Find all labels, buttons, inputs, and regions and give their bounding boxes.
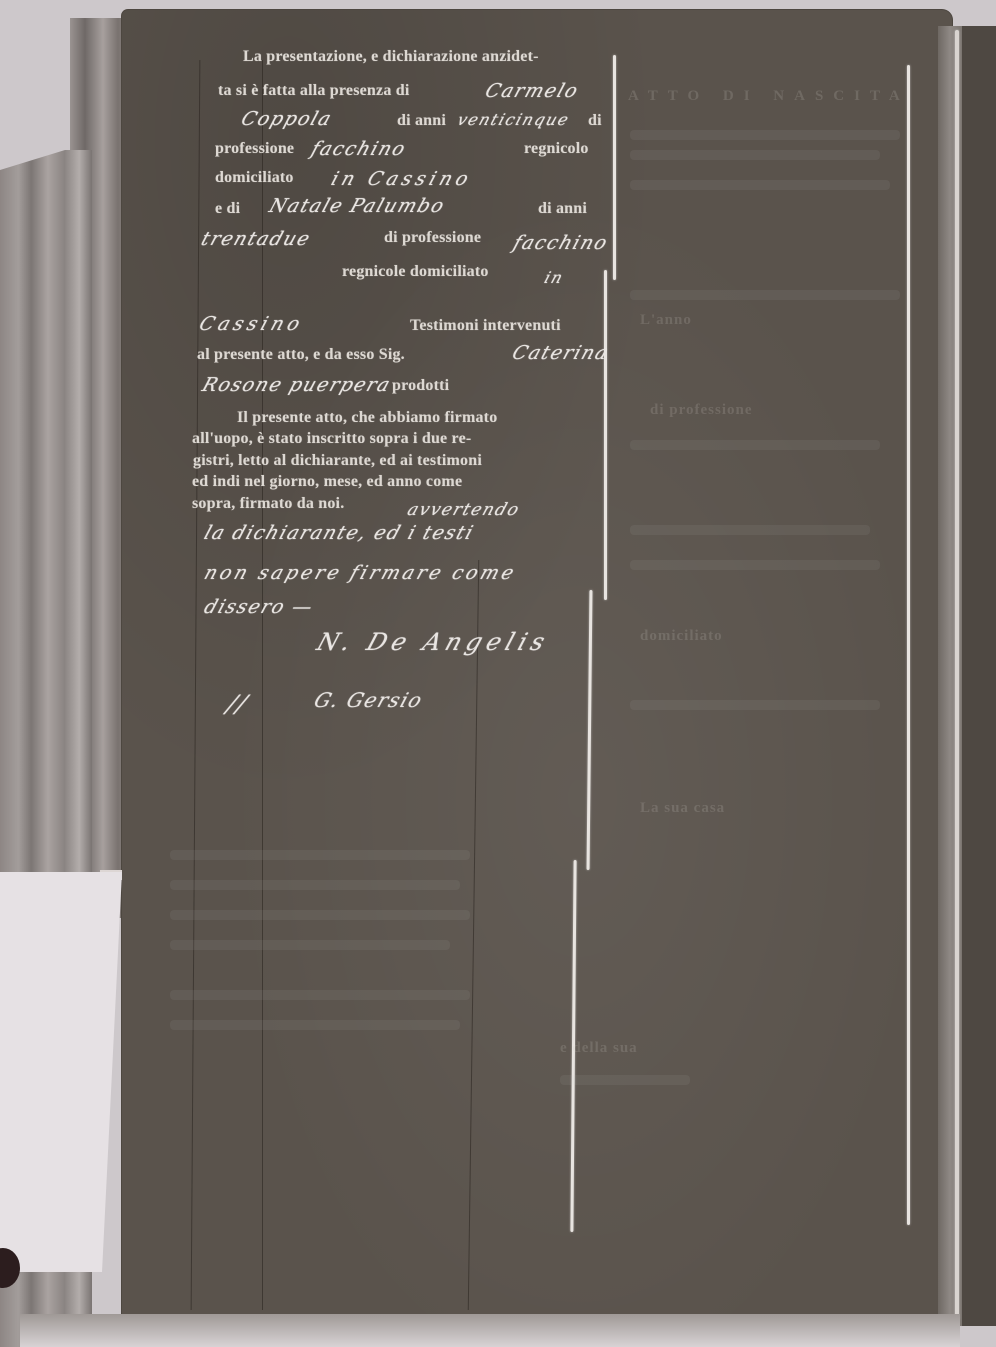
- ghost-line-label: domiciliato: [640, 628, 723, 645]
- ghost-line: [170, 990, 470, 1000]
- handwritten-note-line-4: dissero —: [201, 596, 316, 618]
- ghost-line: [630, 180, 890, 190]
- ghost-line: [170, 910, 470, 920]
- printed-domiciliato-2: regnicole domiciliato: [342, 264, 489, 280]
- ghost-line: [630, 440, 880, 450]
- ghost-line: [170, 880, 460, 890]
- handwritten-witness1-surname: Coppola: [238, 108, 335, 130]
- printed-domiciliato: domiciliato: [215, 170, 294, 186]
- handwritten-witness1-first-name: Carmelo: [482, 80, 581, 102]
- handwritten-note-line-1: avvertendo: [405, 500, 523, 520]
- printed-present-act: al presente atto, e da esso Sig.: [197, 347, 405, 363]
- printed-prodotti: prodotti: [392, 378, 449, 394]
- ghost-line: [630, 560, 880, 570]
- handwritten-witness2-residence: Cassino: [196, 313, 306, 335]
- adjacent-page: [962, 26, 996, 1326]
- printed-closing-4: ed indi nel giorno, mese, ed anno come: [192, 474, 462, 490]
- printed-e-di: e di: [215, 201, 240, 217]
- ghost-heading: ATTO DI NASCITA: [628, 88, 910, 105]
- ghost-line: [170, 1020, 460, 1030]
- ghost-line: [630, 290, 900, 300]
- page-bottom-edge: [20, 1314, 960, 1347]
- handwritten-witness1-residence: in Cassino: [328, 168, 475, 190]
- ghost-line: [170, 850, 470, 860]
- handwritten-witness1-profession: facchino: [308, 138, 409, 160]
- signature-witness: G. Gersio: [311, 688, 426, 712]
- ghost-line: [630, 525, 870, 535]
- ruled-line-center: [613, 55, 616, 280]
- handwritten-witness2-age: trentadue: [198, 228, 313, 250]
- printed-closing-3: gistri, letto al dichiarante, ed ai test…: [193, 453, 482, 469]
- ghost-line: [630, 700, 880, 710]
- ruled-line-far-right: [955, 30, 959, 1320]
- printed-age-label: di anni: [397, 113, 446, 129]
- ghost-line-label: di professione: [650, 402, 752, 419]
- ghost-line-label: L'anno: [640, 312, 692, 329]
- handwritten-declarant-name: Caterina: [509, 342, 612, 364]
- ghost-line: [560, 1075, 690, 1085]
- printed-closing-1: Il presente atto, che abbiamo firmato: [237, 410, 497, 426]
- paper-slip: [0, 872, 122, 1272]
- ghost-line: [630, 130, 900, 140]
- handwritten-note-line-3: non sapere firmare come: [201, 562, 519, 584]
- printed-regnicolo: regnicolo: [524, 141, 589, 157]
- handwritten-witness1-age: venticinque: [455, 110, 572, 129]
- printed-closing-5: sopra, firmato da noi.: [192, 496, 344, 512]
- printed-di: di: [588, 113, 602, 129]
- printed-profession-label-2: di professione: [384, 230, 481, 246]
- printed-profession-label: professione: [215, 141, 294, 157]
- handwritten-witness2-name: Natale Palumbo: [266, 195, 448, 217]
- ruled-line-center: [604, 270, 607, 600]
- ghost-line: [170, 940, 450, 950]
- register-page: [122, 10, 952, 1324]
- ruled-line-right: [907, 65, 910, 1225]
- ghost-line-label: La sua casa: [640, 800, 725, 817]
- handwritten-note-line-2: la dichiarante, ed i testi: [201, 522, 477, 544]
- printed-witnesses: Testimoni intervenuti: [410, 318, 561, 334]
- printed-age-label-2: di anni: [538, 201, 587, 217]
- handwritten-declarant-surname: Rosone puerpera: [199, 374, 394, 396]
- ghost-line: [630, 150, 880, 160]
- ghost-line-label: e della sua: [560, 1040, 638, 1057]
- printed-closing-2: all'uopo, è stato inscritto sopra i due …: [192, 431, 471, 447]
- printed-line-2: ta si è fatta alla presenza di: [218, 83, 409, 99]
- signature-officer: N. De Angelis: [313, 628, 553, 656]
- handwritten-witness2-profession: facchino: [510, 232, 611, 254]
- printed-line-1: La presentazione, e dichiarazione anzide…: [243, 49, 539, 65]
